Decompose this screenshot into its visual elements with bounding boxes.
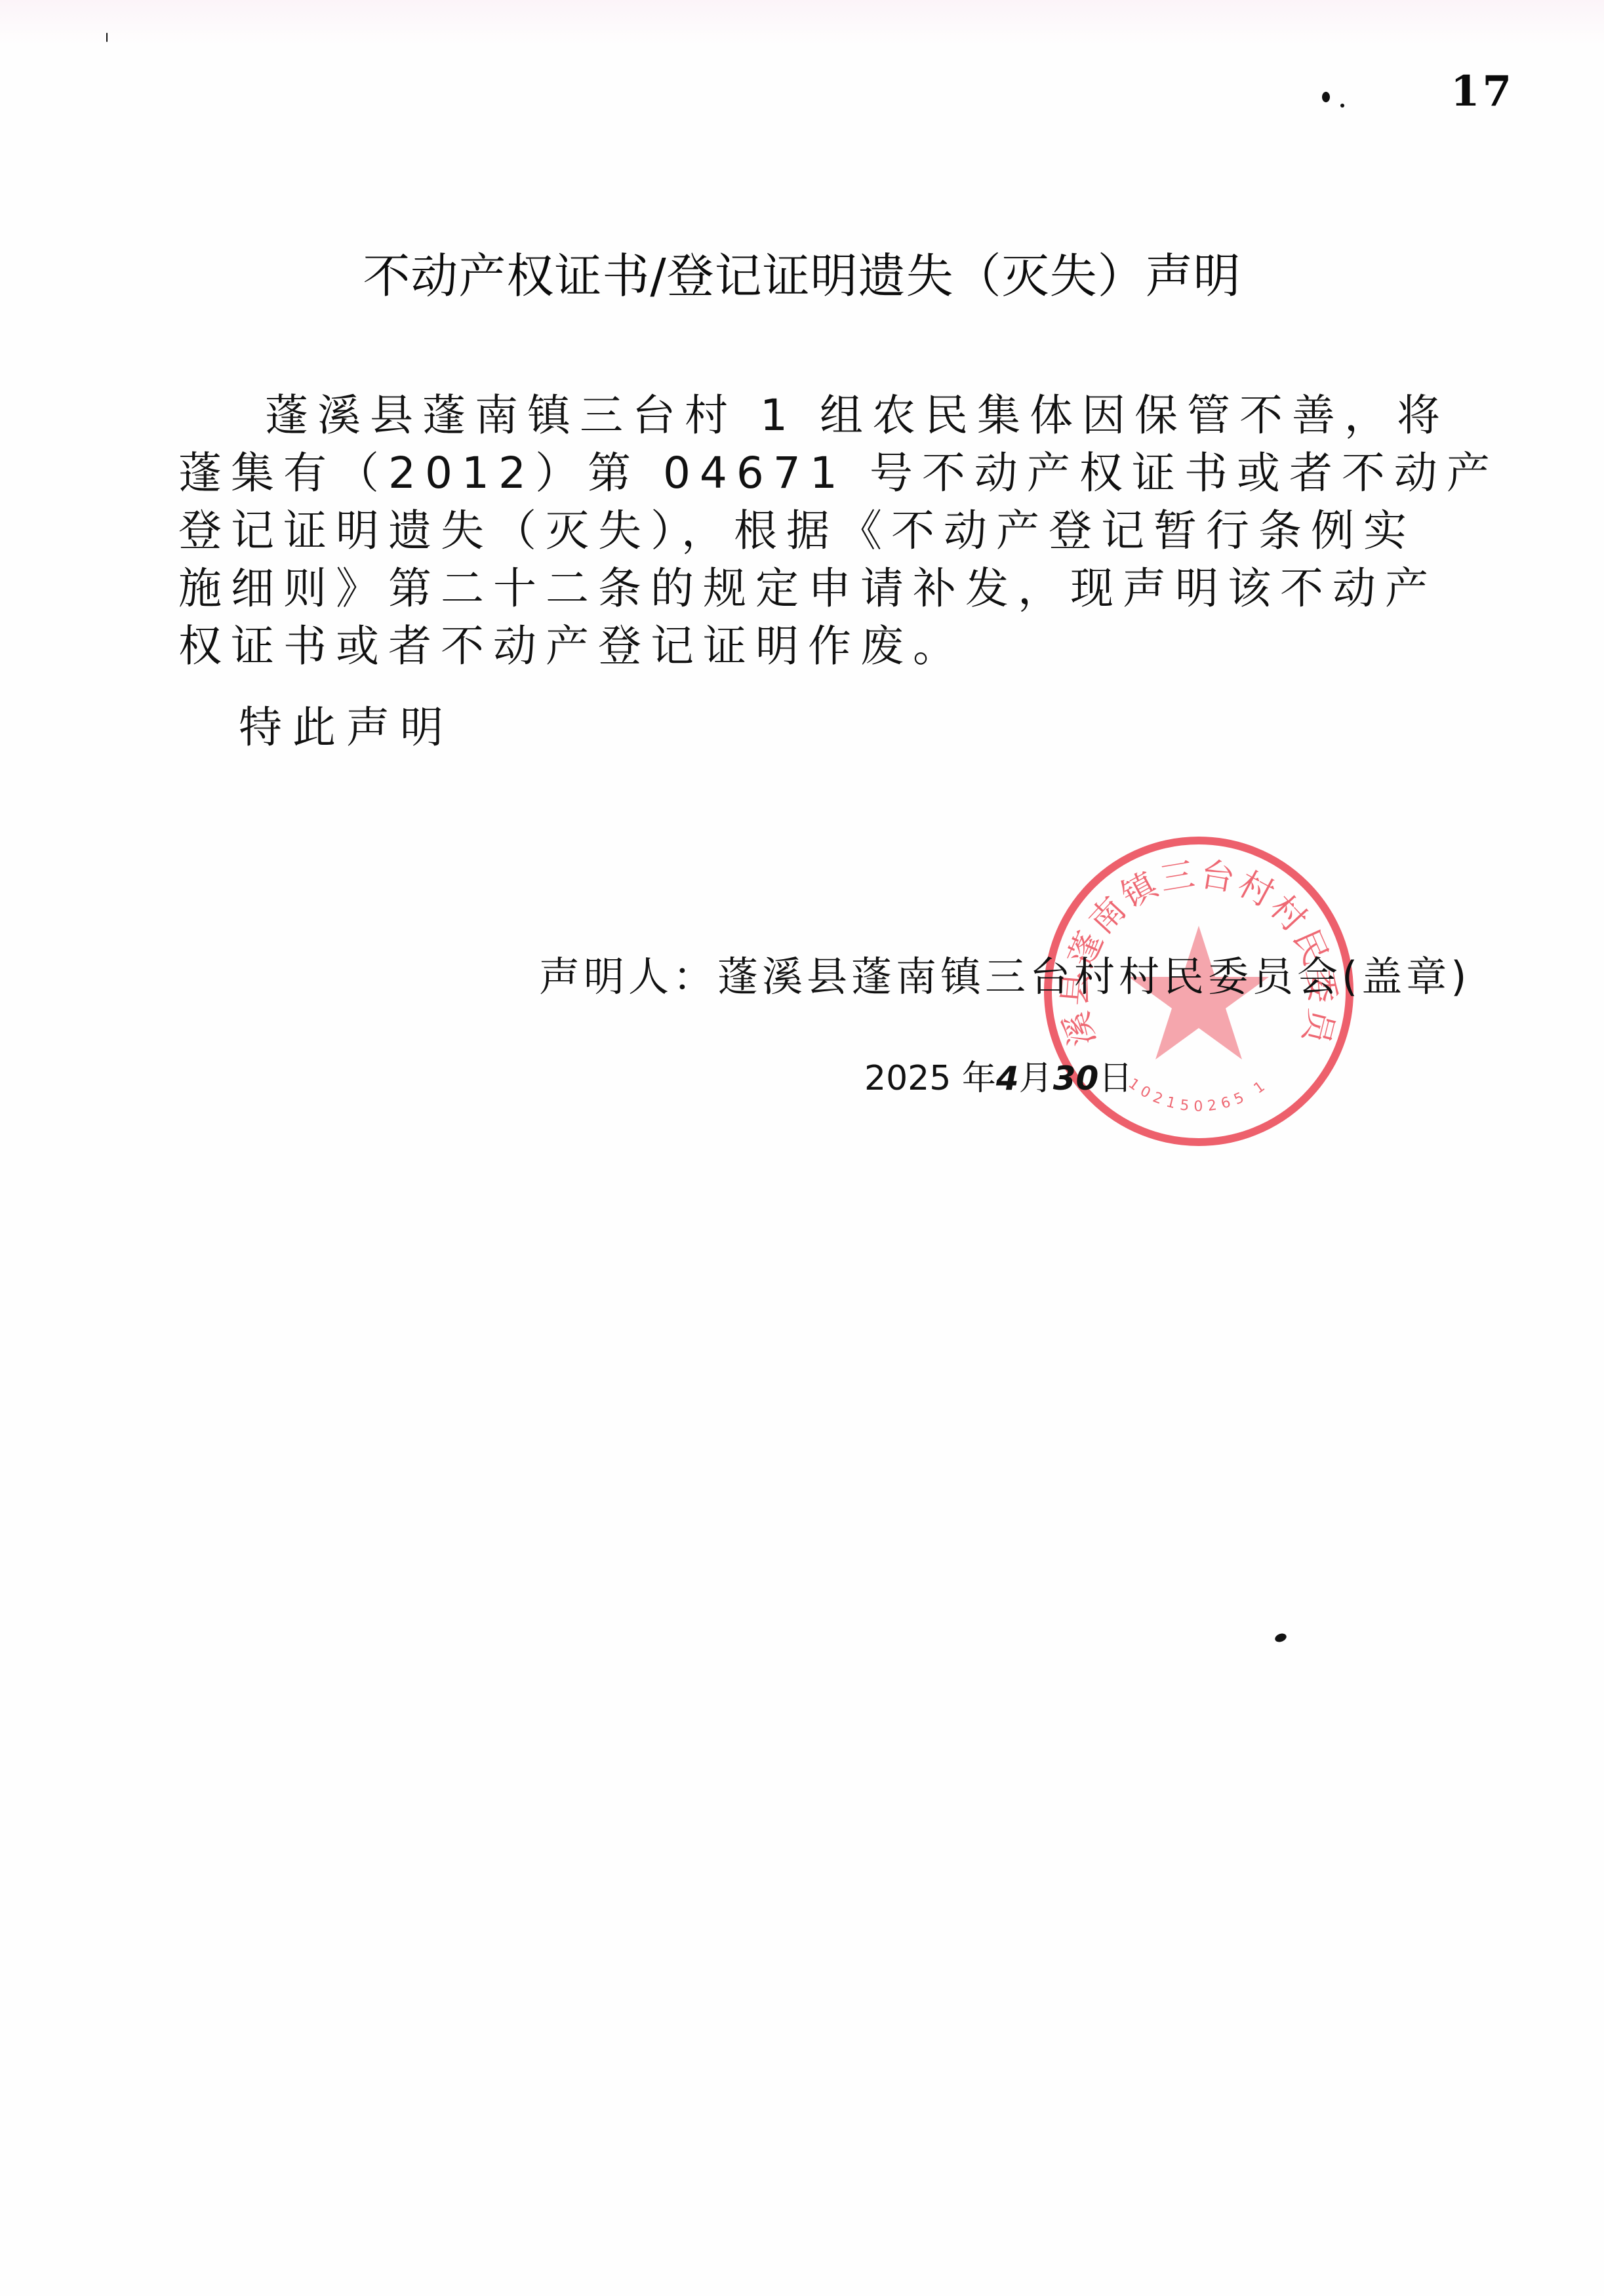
- date-day-handwritten: 30: [1053, 1059, 1099, 1098]
- closing-statement: 特此声明: [239, 699, 454, 757]
- declaration-date: 2025 年4月30日: [864, 1056, 1133, 1101]
- scan-speck: [1322, 92, 1330, 102]
- body-line: 蓬集有（2012）第 04671 号不动产权证书或者不动产: [178, 445, 1444, 502]
- document-page: 17 不动产权证书/登记证明遗失（灭失）声明 蓬溪县蓬南镇三台村 1 组农民集体…: [0, 0, 1604, 2296]
- page-number: 17: [1451, 71, 1514, 113]
- date-month-handwritten: 4: [996, 1059, 1019, 1098]
- date-month-label: 月: [1019, 1059, 1053, 1098]
- date-day-label: 日: [1098, 1059, 1133, 1098]
- document-title: 不动产权证书/登记证明遗失（灭失）声明: [0, 248, 1604, 304]
- body-line: 施细则》第二十二条的规定申请补发，现声明该不动产: [178, 560, 1444, 618]
- scan-speck: [1273, 1632, 1287, 1643]
- scan-speck: [106, 33, 108, 42]
- declarant-signature-line: 声明人：蓬溪县蓬南镇三台村村民委员会(盖章): [539, 951, 1470, 1003]
- scan-speck: [1340, 104, 1344, 108]
- body-line: 权证书或者不动产登记证明作废。: [178, 618, 1444, 675]
- body-line: 登记证明遗失（灭失），根据《不动产登记暂行条例实: [178, 502, 1444, 560]
- date-year: 2025 年: [864, 1059, 996, 1098]
- declaration-body: 蓬溪县蓬南镇三台村 1 组农民集体因保管不善，将 蓬集有（2012）第 0467…: [178, 387, 1444, 675]
- body-line: 蓬溪县蓬南镇三台村 1 组农民集体因保管不善，将: [178, 387, 1444, 445]
